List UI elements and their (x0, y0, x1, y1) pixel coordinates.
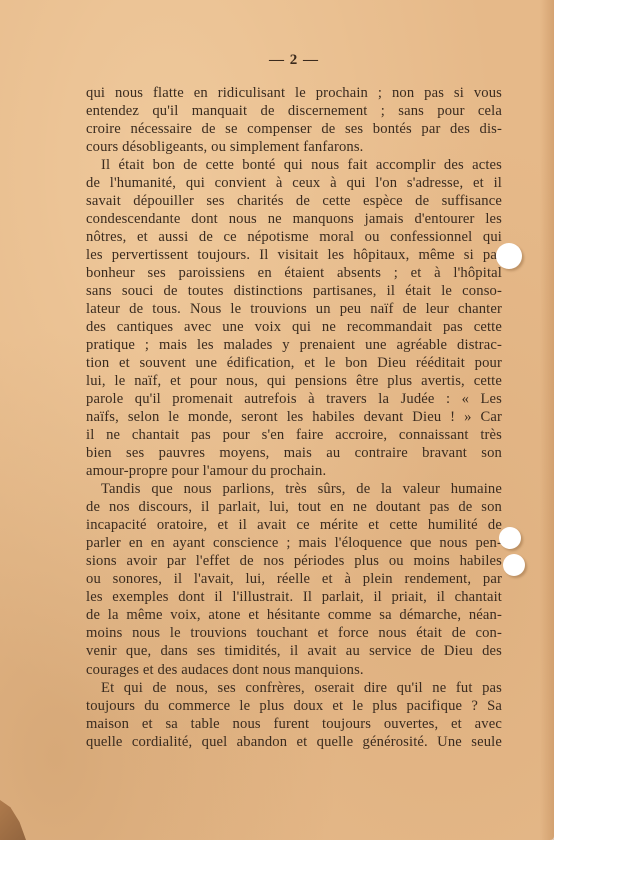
text-line: venir que, dans ses timidités, il avait … (86, 642, 502, 660)
text-line: sans souci de toutes distinctions partis… (86, 282, 502, 300)
paragraph: Et qui de nous, ses confrères, oserait d… (86, 679, 502, 751)
paragraph: Tandis que nous parlions, très sûrs, de … (86, 480, 502, 678)
paper-page: — 2 — qui nous flatte en ridiculisant le… (0, 0, 554, 840)
text-line: quelle cordialité, quel abandon et quell… (86, 733, 502, 751)
text-line: cours désobligeants, ou simplement fanfa… (86, 138, 502, 156)
text-line: nôtres, et aussi de ce népotisme moral o… (86, 228, 502, 246)
text-line: de nos discours, il parlait, lui, tout e… (86, 498, 502, 516)
text-line: lui, le naïf, et pour nous, qui pensions… (86, 372, 502, 390)
punch-hole (496, 243, 522, 269)
paragraph: qui nous flatte en ridiculisant le proch… (86, 84, 502, 156)
text-line: parole qu'il promenait autrefois à trave… (86, 390, 502, 408)
text-line: les exemples dont il l'illustrait. Il pa… (86, 588, 502, 606)
text-line: parler en en ayant conscience ; mais l'é… (86, 534, 502, 552)
text-line: qui nous flatte en ridiculisant le proch… (86, 84, 502, 102)
text-line: pratique ; mais les malades y prenaient … (86, 336, 502, 354)
paragraph: Il était bon de cette bonté qui nous fai… (86, 156, 502, 480)
text-line: condescendante dont nous ne manquons jam… (86, 210, 502, 228)
text-line: de l'humanité, qui convient à ceux à qui… (86, 174, 502, 192)
text-line: de la même voix, atone et hésitante comm… (86, 606, 502, 624)
text-line: Il était bon de cette bonté qui nous fai… (86, 156, 502, 174)
text-line: entendez qu'il manquait de discernement … (86, 102, 502, 120)
punch-hole (503, 554, 525, 576)
text-line: Et qui de nous, ses confrères, oserait d… (86, 679, 502, 697)
text-line: incapacité oratoire, et il avait ce méri… (86, 516, 502, 534)
text-line: il ne chantait pas pour s'en faire accro… (86, 426, 502, 444)
body-text: qui nous flatte en ridiculisant le proch… (86, 84, 502, 751)
text-line: bien ses pauvres moyens, mais au contrai… (86, 444, 502, 462)
text-line: bonheur ses paroissiens en étaient absen… (86, 264, 502, 282)
text-line: naïfs, selon le monde, seront les habile… (86, 408, 502, 426)
text-line: ou sonores, il l'avait, lui, réelle et à… (86, 570, 502, 588)
text-line: les pervertissent toujours. Il visitait … (86, 246, 502, 264)
text-line: Tandis que nous parlions, très sûrs, de … (86, 480, 502, 498)
text-line: sions avoir par l'effet de nos périodes … (86, 552, 502, 570)
text-line: croire nécessaire de se compenser de ses… (86, 120, 502, 138)
text-line: moins nous le trouvions touchant et forc… (86, 624, 502, 642)
text-line: courages et des audaces dont nous manqui… (86, 661, 502, 679)
punch-hole (499, 527, 521, 549)
page-number: — 2 — (0, 52, 588, 69)
text-line: toujours du commerce le plus doux et le … (86, 697, 502, 715)
text-line: tion et souvent une édification, et le b… (86, 354, 502, 372)
text-line: amour-propre pour l'amour du prochain. (86, 462, 502, 480)
text-line: des cantiques avec une voix qui ne recom… (86, 318, 502, 336)
text-line: lateur de tous. Nous le trouvions un peu… (86, 300, 502, 318)
text-line: maison et sa table nous furent toujours … (86, 715, 502, 733)
text-line: savait dépouiller ses charités de cette … (86, 192, 502, 210)
torn-corner (0, 800, 26, 840)
